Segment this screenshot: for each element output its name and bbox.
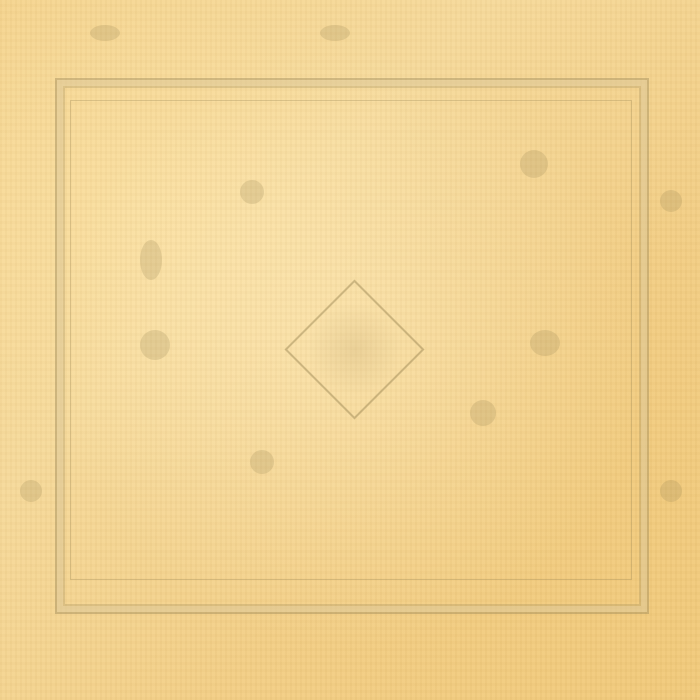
rug-image xyxy=(0,0,700,700)
floral-motif xyxy=(530,330,560,356)
floral-motif xyxy=(660,190,682,212)
floral-motif xyxy=(470,400,496,426)
floral-motif xyxy=(140,330,170,360)
floral-motif xyxy=(520,150,548,178)
floral-motif xyxy=(240,180,264,204)
floral-motif xyxy=(90,25,120,41)
floral-motif xyxy=(660,480,682,502)
floral-motif xyxy=(320,25,350,41)
floral-motif xyxy=(20,480,42,502)
floral-motif xyxy=(140,240,162,280)
floral-motif xyxy=(250,450,274,474)
